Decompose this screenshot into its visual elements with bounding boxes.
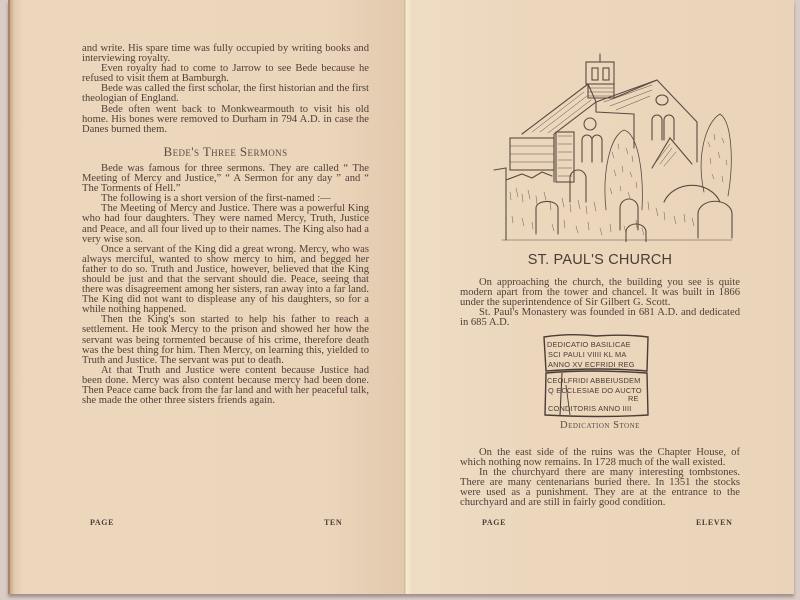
stone-line: CONDITORIS ANNO IIII xyxy=(548,404,632,413)
paragraph: The Meeting of Mercy and Justice. There … xyxy=(82,204,369,244)
stone-line: RE xyxy=(628,394,639,403)
paragraph: Bede often went back to Monkwearmouth to… xyxy=(82,105,369,135)
paragraph: At that Truth and Justice were content b… xyxy=(82,366,369,406)
stone-line: CEOLFRIDI ABBEIUSDEM xyxy=(547,376,641,385)
page-number: ELEVEN xyxy=(696,518,733,527)
page-number: TEN xyxy=(324,518,342,527)
paragraph: Then the King's son started to help his … xyxy=(82,315,369,365)
stone-line: ANNO XV ECFRIDI REG xyxy=(548,360,635,369)
paragraph: Bede was famous for three sermons. They … xyxy=(82,164,369,194)
section-heading: Bede's Three Sermons xyxy=(82,147,369,157)
paragraph: Once a servant of the King did a great w… xyxy=(82,245,369,316)
church-drawing-icon xyxy=(492,52,736,242)
paragraph: In the churchyard there are many interes… xyxy=(460,468,740,508)
right-page: ST. PAUL'S CHURCH On approaching the chu… xyxy=(406,0,794,594)
right-page-text-top: On approaching the church, the building … xyxy=(460,278,740,328)
paragraph: On the east side of the ruins was the Ch… xyxy=(460,448,740,468)
paragraph: and write. His spare time was fully occu… xyxy=(82,44,369,64)
stone-line: SCI PAULI VIIII KL MA xyxy=(548,350,627,359)
left-page-text: and write. His spare time was fully occu… xyxy=(82,44,369,406)
left-page: and write. His spare time was fully occu… xyxy=(8,0,406,594)
stone-line: DEDICATIO BASILICAE xyxy=(547,340,631,349)
right-page-text-bottom: On the east side of the ruins was the Ch… xyxy=(460,448,740,509)
book-spread: and write. His spare time was fully occu… xyxy=(8,0,794,594)
paragraph: Even royalty had to come to Jarrow to se… xyxy=(82,64,369,84)
paragraph: Bede was called the first scholar, the f… xyxy=(82,84,369,104)
dedication-stone-icon: DEDICATIO BASILICAE SCI PAULI VIIII KL M… xyxy=(540,333,652,419)
page-label: PAGE xyxy=(90,518,114,527)
paragraph: St. Paul's Monastery was founded in 681 … xyxy=(460,308,740,328)
church-title: ST. PAUL'S CHURCH xyxy=(406,252,794,268)
page-label: PAGE xyxy=(482,518,506,527)
paragraph: On approaching the church, the building … xyxy=(460,278,740,308)
stone-caption: Dedication Stone xyxy=(406,420,794,431)
